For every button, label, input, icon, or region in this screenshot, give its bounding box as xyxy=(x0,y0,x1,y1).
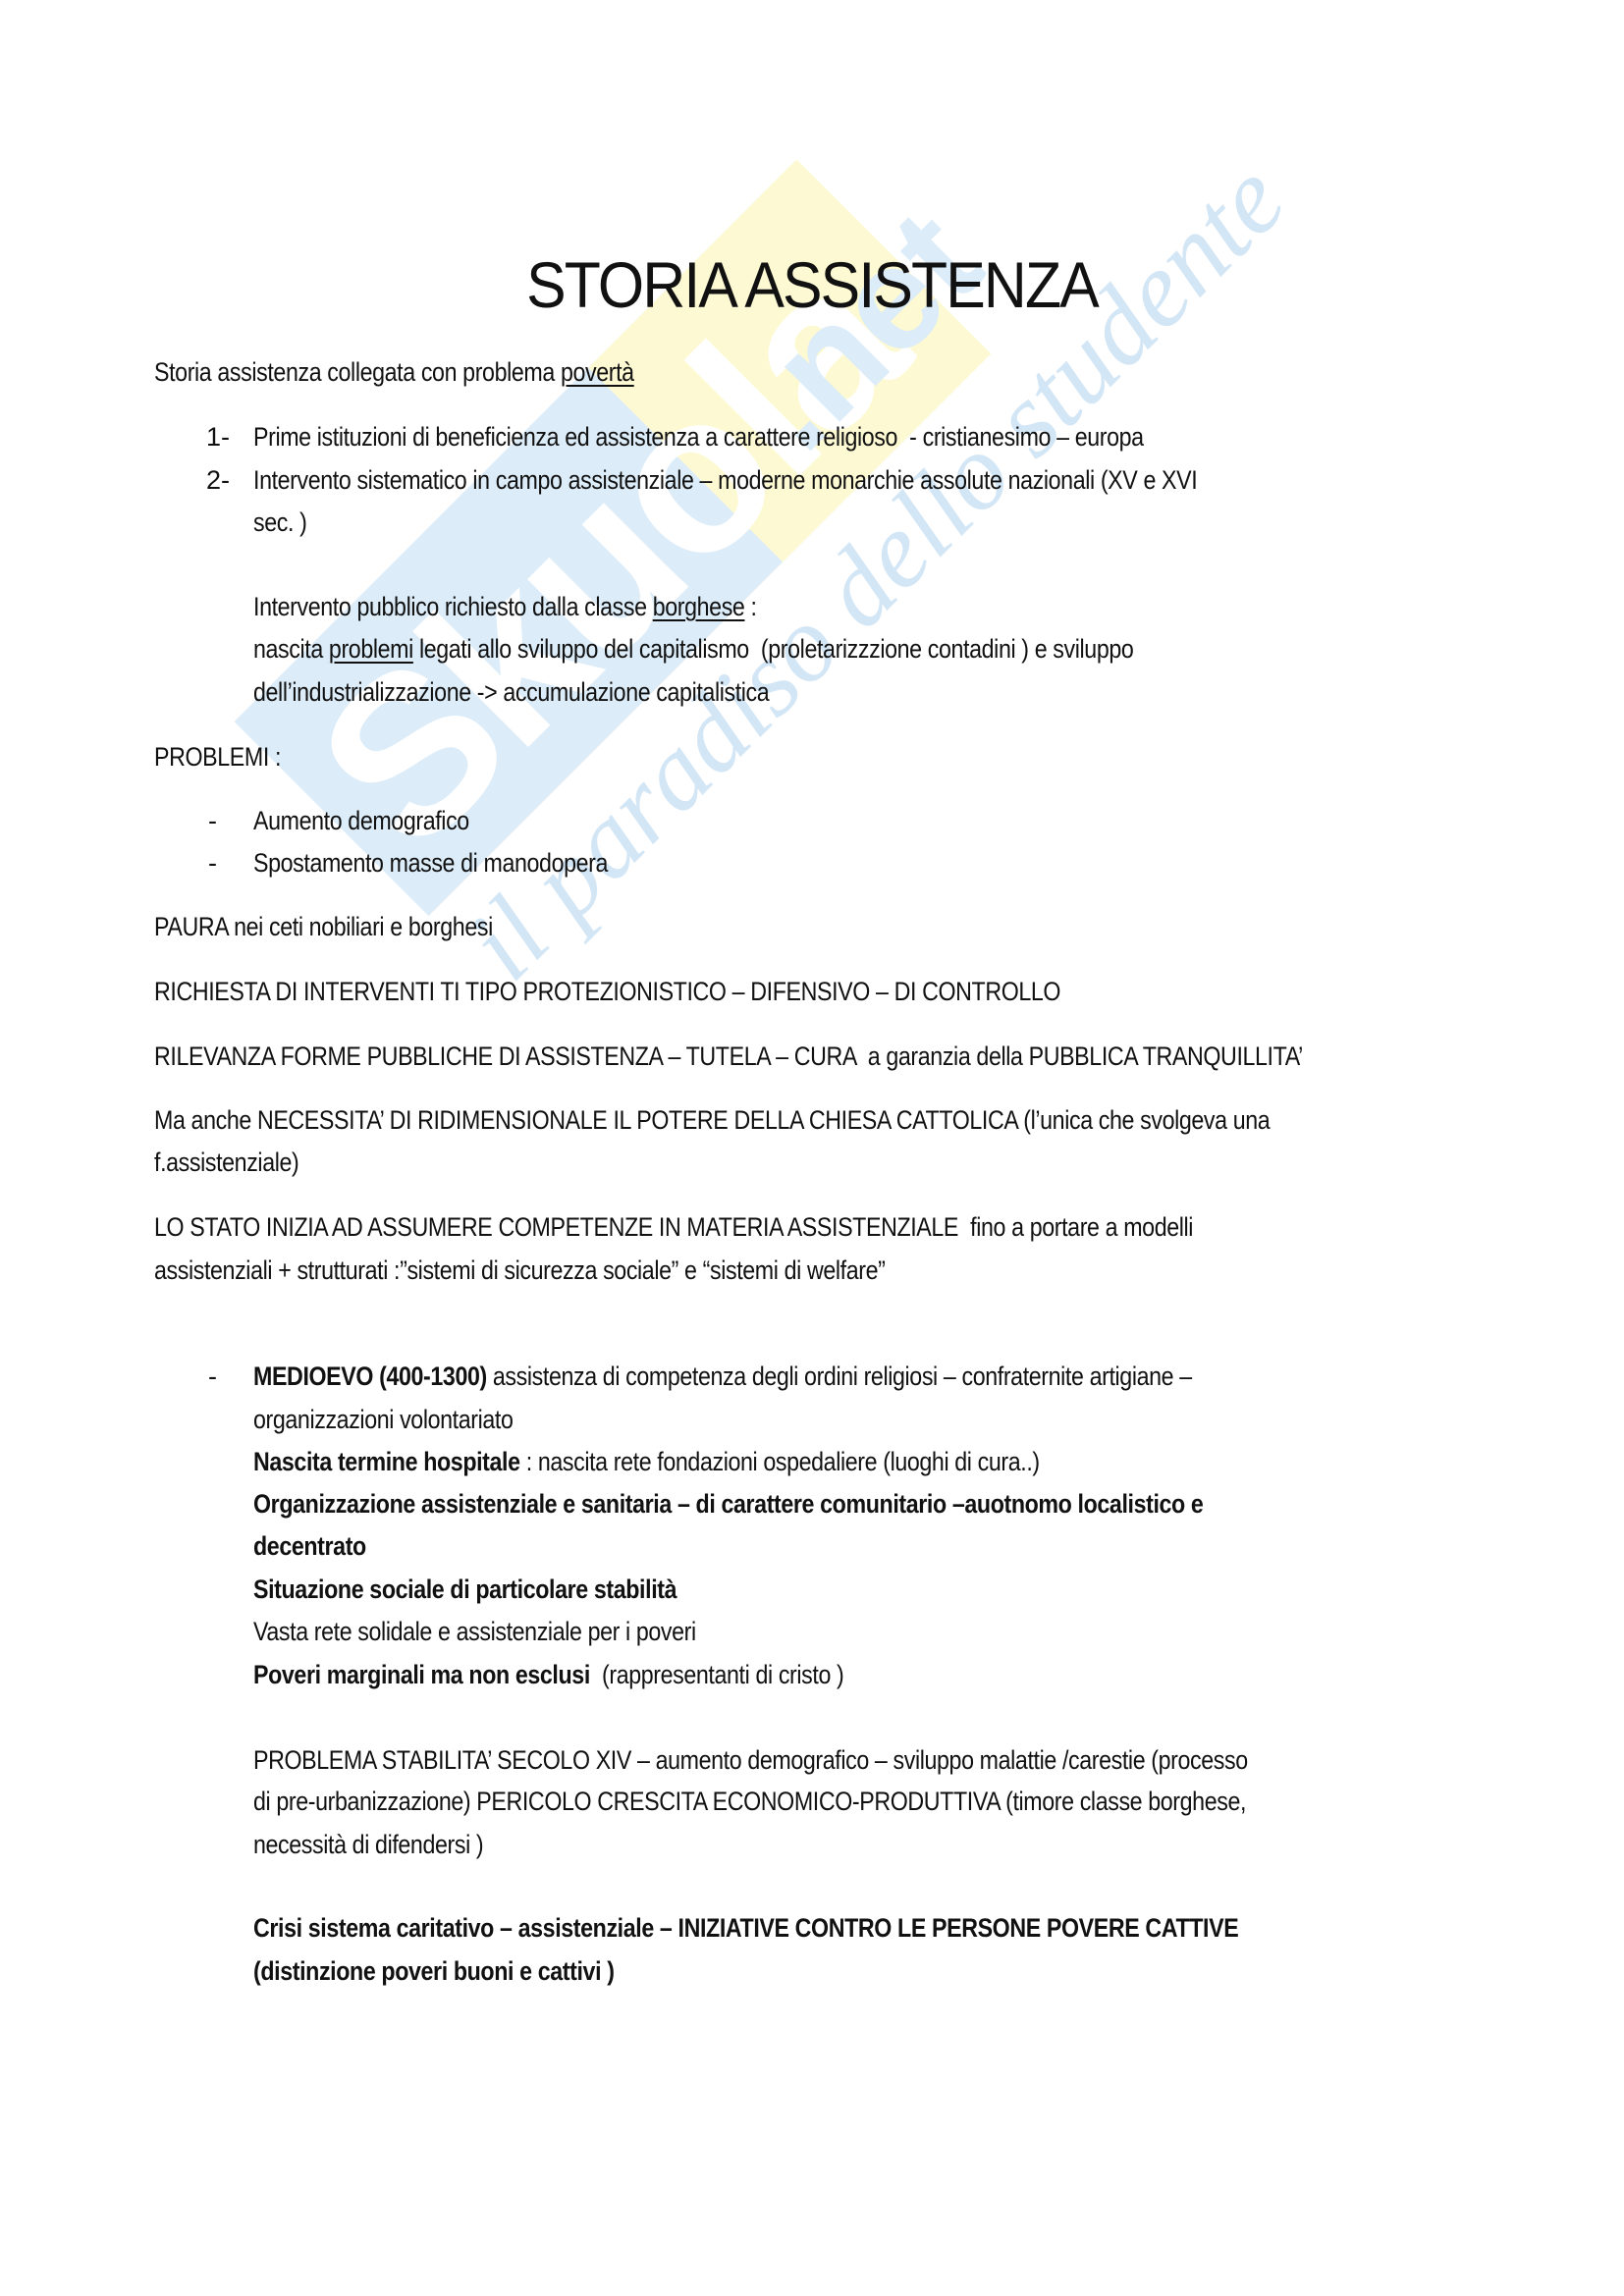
page-title: STORIA ASSISTENZA xyxy=(65,247,1559,322)
watermark-yellow-square xyxy=(588,159,991,561)
text: : xyxy=(744,592,756,621)
crisi-line-2: (distinzione poveri buoni e cattivi ) xyxy=(253,1954,615,1988)
paragraph-richiesta: RICHIESTA DI INTERVENTI TI TIPO PROTEZIO… xyxy=(154,975,1060,1008)
bullet-marker: - xyxy=(208,804,217,837)
text: nascita xyxy=(253,634,329,664)
text: (rappresentanti di cristo ) xyxy=(590,1660,843,1689)
public-intervention-line-3: dell’industrializzazione -> accumulazion… xyxy=(253,675,769,709)
document-page: Skuola .net il paradiso dello studente S… xyxy=(0,0,1624,2296)
paragraph-chiesa-line-2: f.assistenziale) xyxy=(154,1146,298,1179)
bold-text: Nascita termine hospitale xyxy=(253,1447,520,1476)
problems-heading: PROBLEMI : xyxy=(154,740,281,774)
paragraph-chiesa-line-1: Ma anche NECESSITA’ DI RIDIMENSIONALE IL… xyxy=(154,1103,1270,1137)
problema-line-3: necessità di difendersi ) xyxy=(253,1828,483,1861)
problema-line-1: PROBLEMA STABILITA’ SECOLO XIV – aumento… xyxy=(253,1743,1248,1777)
medioevo-line-2: organizzazioni volontariato xyxy=(253,1403,513,1436)
numbered-item-2-cont: sec. ) xyxy=(253,506,306,539)
underlined-word: problemi xyxy=(329,634,413,664)
underlined-word: borghese xyxy=(653,592,745,621)
medioevo-line-5: decentrato xyxy=(253,1529,366,1563)
medioevo-line-7: Vasta rete solidale e assistenziale per … xyxy=(253,1615,696,1648)
intro-text: Storia assistenza collegata con problema xyxy=(154,357,561,387)
medioevo-line-4: Organizzazione assistenziale e sanitaria… xyxy=(253,1487,1203,1521)
text: assistenza di competenza degli ordini re… xyxy=(487,1362,1192,1391)
bold-text: MEDIOEVO (400-1300) xyxy=(253,1362,487,1391)
medioevo-line-6: Situazione sociale di particolare stabil… xyxy=(253,1573,677,1606)
list-marker-2: 2- xyxy=(206,463,230,497)
medioevo-line-1: MEDIOEVO (400-1300) assistenza di compet… xyxy=(253,1360,1192,1393)
public-intervention-line-1: Intervento pubblico richiesto dalla clas… xyxy=(253,590,757,623)
paragraph-rilevanza: RILEVANZA FORME PUBBLICHE DI ASSISTENZA … xyxy=(154,1040,1303,1073)
bold-text: Poveri marginali ma non esclusi xyxy=(253,1660,590,1689)
paragraph-stato-line-1: LO STATO INIZIA AD ASSUMERE COMPETENZE I… xyxy=(154,1210,1193,1244)
problema-line-2: di pre-urbanizzazione) PERICOLO CRESCITA… xyxy=(253,1785,1246,1818)
text: Intervento pubblico richiesto dalla clas… xyxy=(253,592,653,621)
list-marker-1: 1- xyxy=(206,420,230,454)
intro-underlined-word: povertà xyxy=(561,357,634,387)
bullet-marker: - xyxy=(208,846,217,880)
public-intervention-line-2: nascita problemi legati allo sviluppo de… xyxy=(253,632,1133,666)
medioevo-line-3: Nascita termine hospitale : nascita rete… xyxy=(253,1445,1040,1478)
text: legati allo sviluppo del capitalismo (pr… xyxy=(413,634,1134,664)
paragraph-stato-line-2: assistenziali + strutturati :”sistemi di… xyxy=(154,1254,885,1287)
numbered-item-2: Intervento sistematico in campo assisten… xyxy=(253,463,1197,497)
numbered-item-1: Prime istituzioni di beneficienza ed ass… xyxy=(253,420,1144,454)
problem-item-1: Aumento demografico xyxy=(253,804,469,837)
bullet-marker: - xyxy=(208,1360,217,1393)
text: : nascita rete fondazioni ospedaliere (l… xyxy=(520,1447,1040,1476)
medioevo-line-8: Poveri marginali ma non esclusi (rappres… xyxy=(253,1658,843,1691)
crisi-line-1: Crisi sistema caritativo – assistenziale… xyxy=(253,1911,1238,1945)
intro-line: Storia assistenza collegata con problema… xyxy=(154,355,634,389)
problem-item-2: Spostamento masse di manodopera xyxy=(253,846,608,880)
paragraph-paura: PAURA nei ceti nobiliari e borghesi xyxy=(154,910,493,943)
